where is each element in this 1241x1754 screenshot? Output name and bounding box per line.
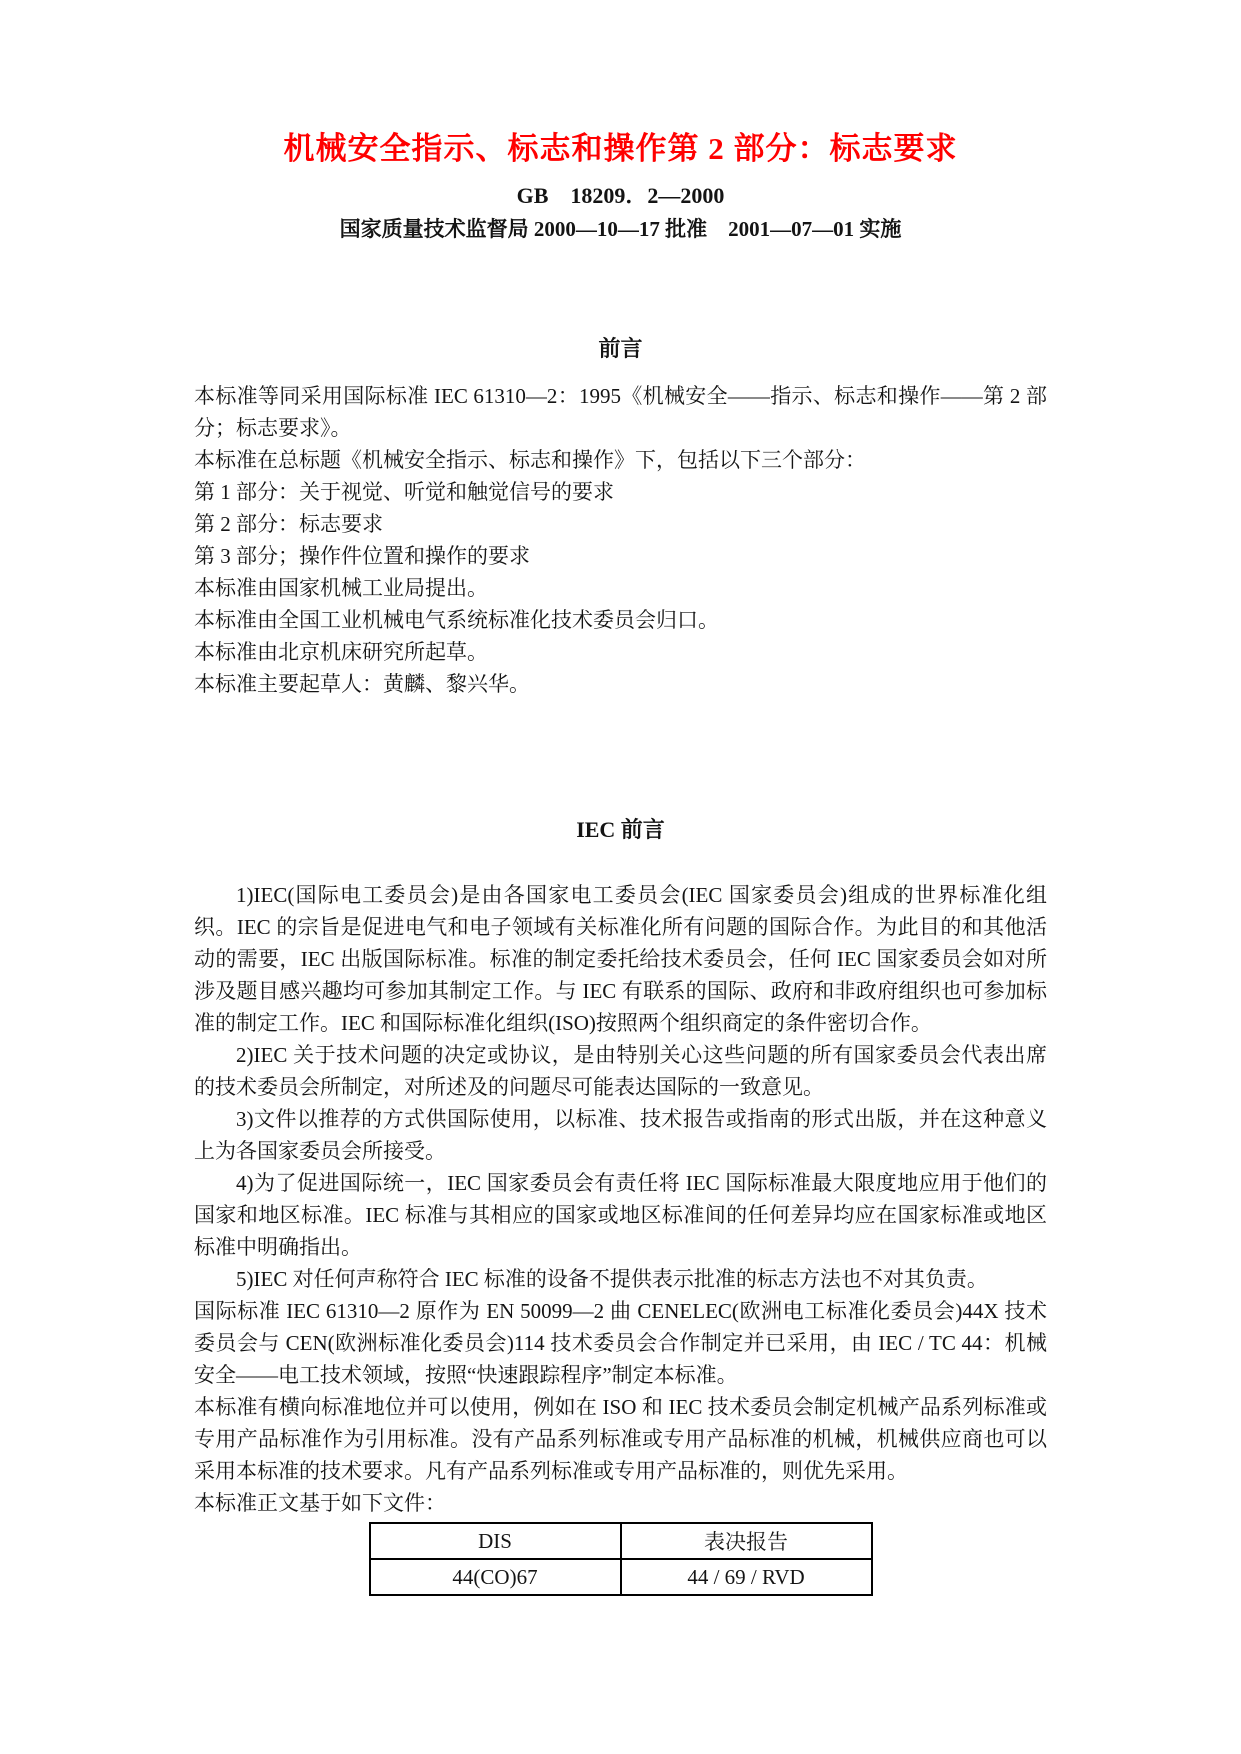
foreword-paragraph: 本标准由国家机械工业局提出。 xyxy=(194,572,1047,604)
basis-documents-table: DIS 表决报告 44(CO)67 44 / 69 / RVD xyxy=(369,1522,873,1596)
iec-paragraph: 5)IEC 对任何声称符合 IEC 标准的设备不提供表示批准的标志方法也不对其负… xyxy=(194,1263,1047,1295)
foreword-paragraph: 第 1 部分：关于视觉、听觉和触觉信号的要求 xyxy=(194,476,1047,508)
foreword-paragraph: 本标准在总标题《机械安全指示、标志和操作》下，包括以下三个部分： xyxy=(194,444,1047,476)
foreword-paragraph: 本标准由全国工业机械电气系统标准化技术委员会归口。 xyxy=(194,604,1047,636)
iec-foreword-body: 1)IEC(国际电工委员会)是由各国家电工委员会(IEC 国家委员会)组成的世界… xyxy=(194,879,1047,1519)
foreword-paragraph: 第 2 部分：标志要求 xyxy=(194,508,1047,540)
table-header-cell-vote-report: 表决报告 xyxy=(621,1523,872,1559)
document-page: 机械安全指示、标志和操作第 2 部分：标志要求 GB 18209．2—2000 … xyxy=(0,0,1241,1754)
table-header-row: DIS 表决报告 xyxy=(370,1523,872,1559)
iec-paragraph: 国际标准 IEC 61310—2 原作为 EN 50099—2 曲 CENELE… xyxy=(194,1295,1047,1391)
table-row: 44(CO)67 44 / 69 / RVD xyxy=(370,1559,872,1595)
foreword-heading: 前言 xyxy=(194,335,1047,362)
iec-foreword-heading: IEC 前言 xyxy=(194,816,1047,843)
iec-paragraph: 3)文件以推荐的方式供国际使用，以标准、技术报告或指南的形式出版，并在这种意义上… xyxy=(194,1103,1047,1167)
iec-paragraph: 2)IEC 关于技术问题的决定或协议，是由特别关心这些问题的所有国家委员会代表出… xyxy=(194,1039,1047,1103)
iec-paragraph: 本标准正文基于如下文件： xyxy=(194,1487,1047,1519)
table-cell-vote-report-value: 44 / 69 / RVD xyxy=(621,1559,872,1595)
foreword-paragraph: 本标准由北京机床研究所起草。 xyxy=(194,636,1047,668)
foreword-body: 本标准等同采用国际标准 IEC 61310—2：1995《机械安全——指示、标志… xyxy=(194,380,1047,700)
page-title: 机械安全指示、标志和操作第 2 部分：标志要求 xyxy=(194,130,1047,168)
foreword-paragraph: 本标准等同采用国际标准 IEC 61310—2：1995《机械安全——指示、标志… xyxy=(194,380,1047,444)
iec-paragraph: 4)为了促进国际统一，IEC 国家委员会有责任将 IEC 国际标准最大限度地应用… xyxy=(194,1167,1047,1263)
table-header-cell-dis: DIS xyxy=(370,1523,621,1559)
iec-paragraph: 1)IEC(国际电工委员会)是由各国家电工委员会(IEC 国家委员会)组成的世界… xyxy=(194,879,1047,1039)
foreword-paragraph: 本标准主要起草人：黄麟、黎兴华。 xyxy=(194,668,1047,700)
table-cell-dis-value: 44(CO)67 xyxy=(370,1559,621,1595)
approval-issue-line: 国家质量技术监督局 2000—10—17 批准 2001—07—01 实施 xyxy=(194,216,1047,243)
foreword-paragraph: 第 3 部分；操作件位置和操作的要求 xyxy=(194,540,1047,572)
standard-number: GB 18209．2—2000 xyxy=(194,182,1047,209)
iec-paragraph: 本标准有横向标准地位并可以使用，例如在 ISO 和 IEC 技术委员会制定机械产… xyxy=(194,1391,1047,1487)
